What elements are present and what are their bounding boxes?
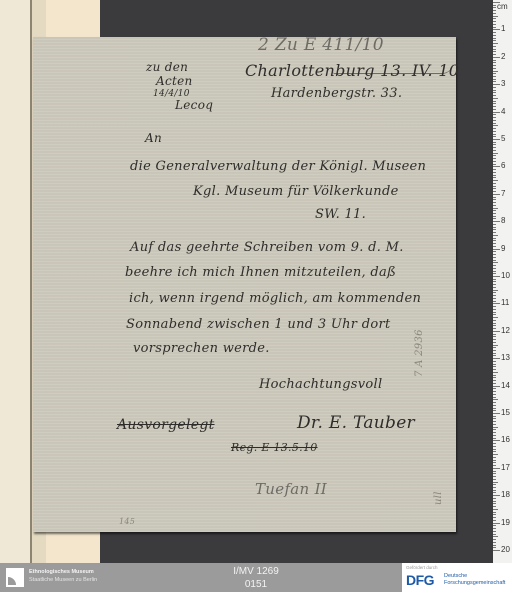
ruler-tick bbox=[493, 416, 496, 417]
ruler-tick bbox=[493, 71, 498, 72]
ruler-label: 2 bbox=[501, 52, 505, 61]
salutation-prefix: An bbox=[145, 131, 162, 145]
ruler-tick bbox=[493, 177, 496, 178]
ruler-tick bbox=[493, 523, 500, 524]
margin-note-line-2: Acten bbox=[156, 74, 193, 88]
body-line-5: vorsprechen werde. bbox=[133, 341, 270, 356]
bottom-pencil-note: Tuefan II bbox=[255, 480, 327, 498]
ruler-tick bbox=[493, 394, 496, 395]
ruler-tick bbox=[493, 301, 496, 302]
side-pencil-number: 7 A 2936 bbox=[414, 329, 425, 377]
ruler-tick bbox=[493, 186, 496, 187]
dfg-name-line-1: Deutsche bbox=[444, 573, 505, 580]
ruler-tick bbox=[493, 460, 496, 461]
ruler-tick bbox=[493, 328, 496, 329]
ruler-tick bbox=[493, 509, 498, 510]
ruler-tick bbox=[493, 334, 496, 335]
ruler-tick bbox=[493, 380, 496, 381]
ruler-tick bbox=[493, 235, 498, 236]
ruler-tick bbox=[493, 150, 496, 151]
footer-bar: Ethnologisches Museum Staatliche Museen … bbox=[0, 563, 512, 592]
margin-note-line-1: zu den bbox=[146, 60, 188, 74]
ruler-tick bbox=[493, 427, 498, 428]
recipient-line-3: SW. 11. bbox=[315, 207, 366, 222]
ruler-tick bbox=[493, 164, 496, 165]
ruler-tick bbox=[493, 10, 496, 11]
ruler-tick bbox=[493, 377, 496, 378]
ruler-label: 1 bbox=[501, 24, 505, 33]
ruler-tick bbox=[493, 210, 496, 211]
ruler-tick bbox=[493, 298, 496, 299]
ruler-tick bbox=[493, 101, 496, 102]
ruler-tick bbox=[493, 194, 500, 195]
ruler-tick bbox=[493, 550, 500, 551]
ruler-tick bbox=[493, 325, 496, 326]
ruler-tick bbox=[493, 457, 496, 458]
ruler-tick bbox=[493, 413, 500, 414]
ruler-tick bbox=[493, 183, 496, 184]
ruler-tick bbox=[493, 503, 496, 504]
ruler-tick bbox=[493, 199, 496, 200]
ruler-tick bbox=[493, 336, 496, 337]
margin-note-initials: Lecoq bbox=[175, 98, 213, 112]
ruler-tick bbox=[493, 197, 496, 198]
ruler-tick bbox=[493, 153, 498, 154]
ruler-tick bbox=[493, 292, 496, 293]
ruler-tick bbox=[493, 49, 496, 50]
ruler-tick bbox=[493, 224, 496, 225]
body-line-4: Sonnabend zwischen 1 und 3 Uhr dort bbox=[126, 317, 391, 332]
ruler-tick bbox=[493, 131, 496, 132]
ruler-tick bbox=[493, 449, 496, 450]
ruler-tick bbox=[493, 21, 496, 22]
ruler-tick bbox=[493, 438, 496, 439]
ruler-tick bbox=[493, 38, 496, 39]
dfg-logo-icon: DFG bbox=[406, 572, 434, 588]
struck-registration: Reg. E 13.5.10 bbox=[231, 441, 318, 454]
ruler-tick bbox=[493, 471, 496, 472]
ruler-tick bbox=[493, 408, 496, 409]
ruler-tick bbox=[493, 117, 496, 118]
ruler-tick bbox=[493, 262, 498, 263]
recipient-line-1: die Generalverwaltung der Königl. Museen bbox=[130, 159, 426, 174]
ruler-tick bbox=[493, 5, 496, 6]
funded-by-label: Gefördert durch bbox=[406, 565, 438, 570]
ruler-tick bbox=[493, 339, 496, 340]
top-pencil-note: 2 Zu E 411/10 bbox=[258, 35, 384, 55]
ruler-tick bbox=[493, 142, 496, 143]
ruler-tick bbox=[493, 79, 496, 80]
ruler-tick bbox=[493, 273, 496, 274]
ruler-tick bbox=[493, 128, 496, 129]
ruler-tick bbox=[493, 331, 500, 332]
side-pencil-mark: ull bbox=[433, 491, 444, 505]
ruler-tick bbox=[493, 432, 496, 433]
ruler-tick bbox=[493, 65, 496, 66]
ruler-tick bbox=[493, 40, 496, 41]
ruler-tick bbox=[493, 320, 496, 321]
ruler-tick bbox=[493, 451, 496, 452]
ruler-tick bbox=[493, 465, 496, 466]
ruler-label: 6 bbox=[501, 161, 505, 170]
ruler-tick bbox=[493, 479, 496, 480]
ruler-tick bbox=[493, 418, 496, 419]
ruler-label: 4 bbox=[501, 107, 505, 116]
ruler-tick bbox=[493, 240, 496, 241]
ruler-tick bbox=[493, 547, 496, 548]
ruler-tick bbox=[493, 166, 500, 167]
ruler-label: 15 bbox=[501, 408, 510, 417]
ruler-tick bbox=[493, 525, 496, 526]
ruler-tick bbox=[493, 405, 496, 406]
ruler-tick bbox=[493, 27, 496, 28]
ruler-tick bbox=[493, 462, 496, 463]
ruler-tick bbox=[493, 514, 496, 515]
ruler-tick bbox=[493, 281, 496, 282]
ruler-tick bbox=[493, 531, 496, 532]
ruler-tick bbox=[493, 482, 498, 483]
ruler-tick bbox=[493, 120, 496, 121]
ruler-tick bbox=[493, 487, 496, 488]
ruler-tick bbox=[493, 312, 496, 313]
ruler-tick bbox=[493, 372, 498, 373]
ruler-tick bbox=[493, 545, 496, 546]
ruler-tick bbox=[493, 7, 496, 8]
ruler-label: 16 bbox=[501, 435, 510, 444]
ruler-tick bbox=[493, 397, 496, 398]
ruler-tick bbox=[493, 490, 496, 491]
body-line-3: ich, wenn irgend möglich, am kommenden bbox=[129, 291, 421, 306]
ruler-tick bbox=[493, 32, 496, 33]
ruler-tick bbox=[493, 473, 496, 474]
ruler-tick bbox=[493, 347, 496, 348]
ruler-tick bbox=[493, 218, 496, 219]
ruler-tick bbox=[493, 227, 496, 228]
ruler-tick bbox=[493, 290, 498, 291]
ruler-tick bbox=[493, 383, 496, 384]
ruler-tick bbox=[493, 254, 496, 255]
body-line-2: beehre ich mich Ihnen mitzuteilen, daß bbox=[125, 265, 396, 280]
ruler-tick bbox=[493, 172, 496, 173]
ruler-label: 7 bbox=[501, 189, 505, 198]
ruler-tick bbox=[493, 399, 498, 400]
ruler-tick bbox=[493, 265, 496, 266]
corner-pencil-number: 145 bbox=[119, 517, 135, 526]
ruler-tick bbox=[493, 542, 496, 543]
ruler-tick bbox=[493, 506, 496, 507]
ruler-tick bbox=[493, 309, 496, 310]
ruler-tick bbox=[493, 114, 496, 115]
ruler-tick bbox=[493, 147, 496, 148]
ruler-tick bbox=[493, 421, 496, 422]
body-line-1: Auf das geehrte Schreiben vom 9. d. M. bbox=[130, 240, 404, 255]
ruler-tick bbox=[493, 246, 496, 247]
ruler-label: 10 bbox=[501, 271, 510, 280]
ruler-tick bbox=[493, 366, 496, 367]
ruler-tick bbox=[493, 243, 496, 244]
ruler-tick bbox=[493, 260, 496, 261]
ruler-tick bbox=[493, 103, 496, 104]
ruler-tick bbox=[493, 492, 496, 493]
left-adjacent-page bbox=[0, 0, 31, 563]
ruler-tick bbox=[493, 454, 498, 455]
ruler-label: 18 bbox=[501, 490, 510, 499]
ruler-tick bbox=[493, 375, 496, 376]
ruler-tick bbox=[493, 364, 496, 365]
ruler-tick bbox=[493, 84, 500, 85]
ruler-tick bbox=[493, 350, 496, 351]
ruler-tick bbox=[493, 90, 496, 91]
ruler-tick bbox=[493, 229, 496, 230]
ruler-tick bbox=[493, 24, 496, 25]
ruler-tick bbox=[493, 95, 496, 96]
ruler-tick bbox=[493, 306, 496, 307]
cm-ruler: cm 1234567891011121314151617181920 bbox=[493, 0, 512, 563]
ruler-label: 5 bbox=[501, 134, 505, 143]
ruler-tick bbox=[493, 446, 496, 447]
ruler-tick bbox=[493, 528, 496, 529]
ruler-tick bbox=[493, 68, 496, 69]
ruler-tick bbox=[493, 386, 500, 387]
ruler-tick bbox=[493, 238, 496, 239]
ruler-tick bbox=[493, 402, 496, 403]
ruler-tick bbox=[493, 54, 496, 55]
ruler-tick bbox=[493, 216, 496, 217]
ruler-tick bbox=[493, 534, 496, 535]
ruler-label: 9 bbox=[501, 244, 505, 253]
ruler-tick bbox=[493, 410, 496, 411]
ruler-tick bbox=[493, 536, 498, 537]
ruler-tick bbox=[493, 323, 496, 324]
ruler-tick bbox=[493, 169, 496, 170]
ruler-tick bbox=[493, 161, 496, 162]
ruler-tick bbox=[493, 106, 496, 107]
ruler-tick bbox=[493, 73, 496, 74]
ruler-tick bbox=[493, 443, 496, 444]
ruler-tick bbox=[493, 191, 496, 192]
ruler-tick bbox=[493, 134, 496, 135]
ruler-tick bbox=[493, 139, 500, 140]
ruler-tick bbox=[493, 205, 496, 206]
ruler-tick bbox=[493, 123, 496, 124]
ruler-tick bbox=[493, 391, 496, 392]
ruler-tick bbox=[493, 35, 496, 36]
ruler-tick bbox=[493, 501, 496, 502]
ruler-tick bbox=[493, 279, 496, 280]
ruler-label: 8 bbox=[501, 216, 505, 225]
ruler-tick bbox=[493, 287, 496, 288]
document-scan: 2 Zu E 411/10 zu den Acten 14/4/10 Lecoq… bbox=[0, 0, 512, 563]
ruler-tick bbox=[493, 484, 496, 485]
ruler-tick bbox=[493, 81, 496, 82]
ruler-tick bbox=[493, 158, 496, 159]
ruler-tick bbox=[493, 188, 496, 189]
dfg-name-line-2: Forschungsgemeinschaft bbox=[444, 580, 505, 587]
dfg-credit: Gefördert durch DFG Deutsche Forschungsg… bbox=[402, 563, 512, 592]
ruler-tick bbox=[493, 429, 496, 430]
ruler-tick bbox=[493, 180, 498, 181]
ruler-tick bbox=[493, 2, 500, 3]
ruler-label: 20 bbox=[501, 545, 510, 554]
ruler-tick bbox=[493, 424, 496, 425]
ruler-tick bbox=[493, 43, 498, 44]
sender-address: Hardenbergstr. 33. bbox=[271, 86, 402, 101]
ruler-tick bbox=[493, 249, 500, 250]
struck-note: Ausvorgelegt bbox=[117, 417, 215, 433]
ruler-label: 11 bbox=[501, 298, 509, 307]
ruler-tick bbox=[493, 520, 496, 521]
ruler-tick bbox=[493, 345, 498, 346]
ruler-tick bbox=[493, 317, 498, 318]
ruler-tick bbox=[493, 213, 496, 214]
ruler-tick bbox=[493, 512, 496, 513]
ruler-tick bbox=[493, 109, 496, 110]
ruler-tick bbox=[493, 476, 496, 477]
recipient-line-2: Kgl. Museum für Völkerkunde bbox=[193, 184, 399, 199]
ruler-tick bbox=[493, 440, 500, 441]
ruler-tick bbox=[493, 13, 496, 14]
ruler-label: 13 bbox=[501, 353, 510, 362]
ruler-tick bbox=[493, 112, 500, 113]
ruler-tick bbox=[493, 57, 500, 58]
ruler-tick bbox=[493, 98, 498, 99]
ruler-tick bbox=[493, 29, 500, 30]
ruler-unit: cm bbox=[497, 2, 508, 11]
ruler-tick bbox=[493, 268, 496, 269]
ruler-tick bbox=[493, 271, 496, 272]
ruler-tick bbox=[493, 60, 496, 61]
ruler-tick bbox=[493, 468, 500, 469]
ruler-tick bbox=[493, 87, 496, 88]
ruler-tick bbox=[493, 361, 496, 362]
ruler-tick bbox=[493, 136, 496, 137]
handwritten-letter: 2 Zu E 411/10 zu den Acten 14/4/10 Lecoq… bbox=[33, 37, 456, 532]
ruler-tick bbox=[493, 539, 496, 540]
ruler-tick bbox=[493, 221, 500, 222]
ruler-tick bbox=[493, 388, 496, 389]
ruler-tick bbox=[493, 62, 496, 63]
ruler-tick bbox=[493, 144, 496, 145]
ruler-tick bbox=[493, 303, 500, 304]
ruler-tick bbox=[493, 358, 500, 359]
ruler-tick bbox=[493, 46, 496, 47]
ruler-tick bbox=[493, 257, 496, 258]
ruler-tick bbox=[493, 498, 496, 499]
ruler-label: 14 bbox=[501, 381, 510, 390]
ruler-tick bbox=[493, 284, 496, 285]
ruler-tick bbox=[493, 92, 496, 93]
ruler-tick bbox=[493, 155, 496, 156]
dfg-name: Deutsche Forschungsgemeinschaft bbox=[444, 573, 505, 587]
ruler-tick bbox=[493, 517, 496, 518]
ruler-tick bbox=[493, 232, 496, 233]
ruler-tick bbox=[493, 175, 496, 176]
closing: Hochachtungsvoll bbox=[259, 377, 382, 392]
ruler-label: 12 bbox=[501, 326, 510, 335]
ruler-tick bbox=[493, 314, 496, 315]
ruler-tick bbox=[493, 355, 496, 356]
ruler-tick bbox=[493, 295, 496, 296]
ruler-tick bbox=[493, 51, 496, 52]
ruler-tick bbox=[493, 125, 498, 126]
ruler-tick bbox=[493, 16, 498, 17]
ruler-tick bbox=[493, 76, 496, 77]
ruler-label: 3 bbox=[501, 79, 505, 88]
ruler-label: 19 bbox=[501, 518, 510, 527]
ruler-tick bbox=[493, 18, 496, 19]
signature: Dr. E. Tauber bbox=[297, 413, 415, 433]
ruler-tick bbox=[493, 202, 496, 203]
ruler-tick bbox=[493, 495, 500, 496]
ruler-tick bbox=[493, 208, 498, 209]
ruler-tick bbox=[493, 342, 496, 343]
ruler-tick bbox=[493, 353, 496, 354]
ruler-tick bbox=[493, 251, 496, 252]
ruler-tick bbox=[493, 369, 496, 370]
ruler-tick bbox=[493, 435, 496, 436]
ruler-tick bbox=[493, 276, 500, 277]
ruler-label: 17 bbox=[501, 463, 510, 472]
place-date: Charlottenburg 13. IV. 10 bbox=[245, 61, 459, 80]
